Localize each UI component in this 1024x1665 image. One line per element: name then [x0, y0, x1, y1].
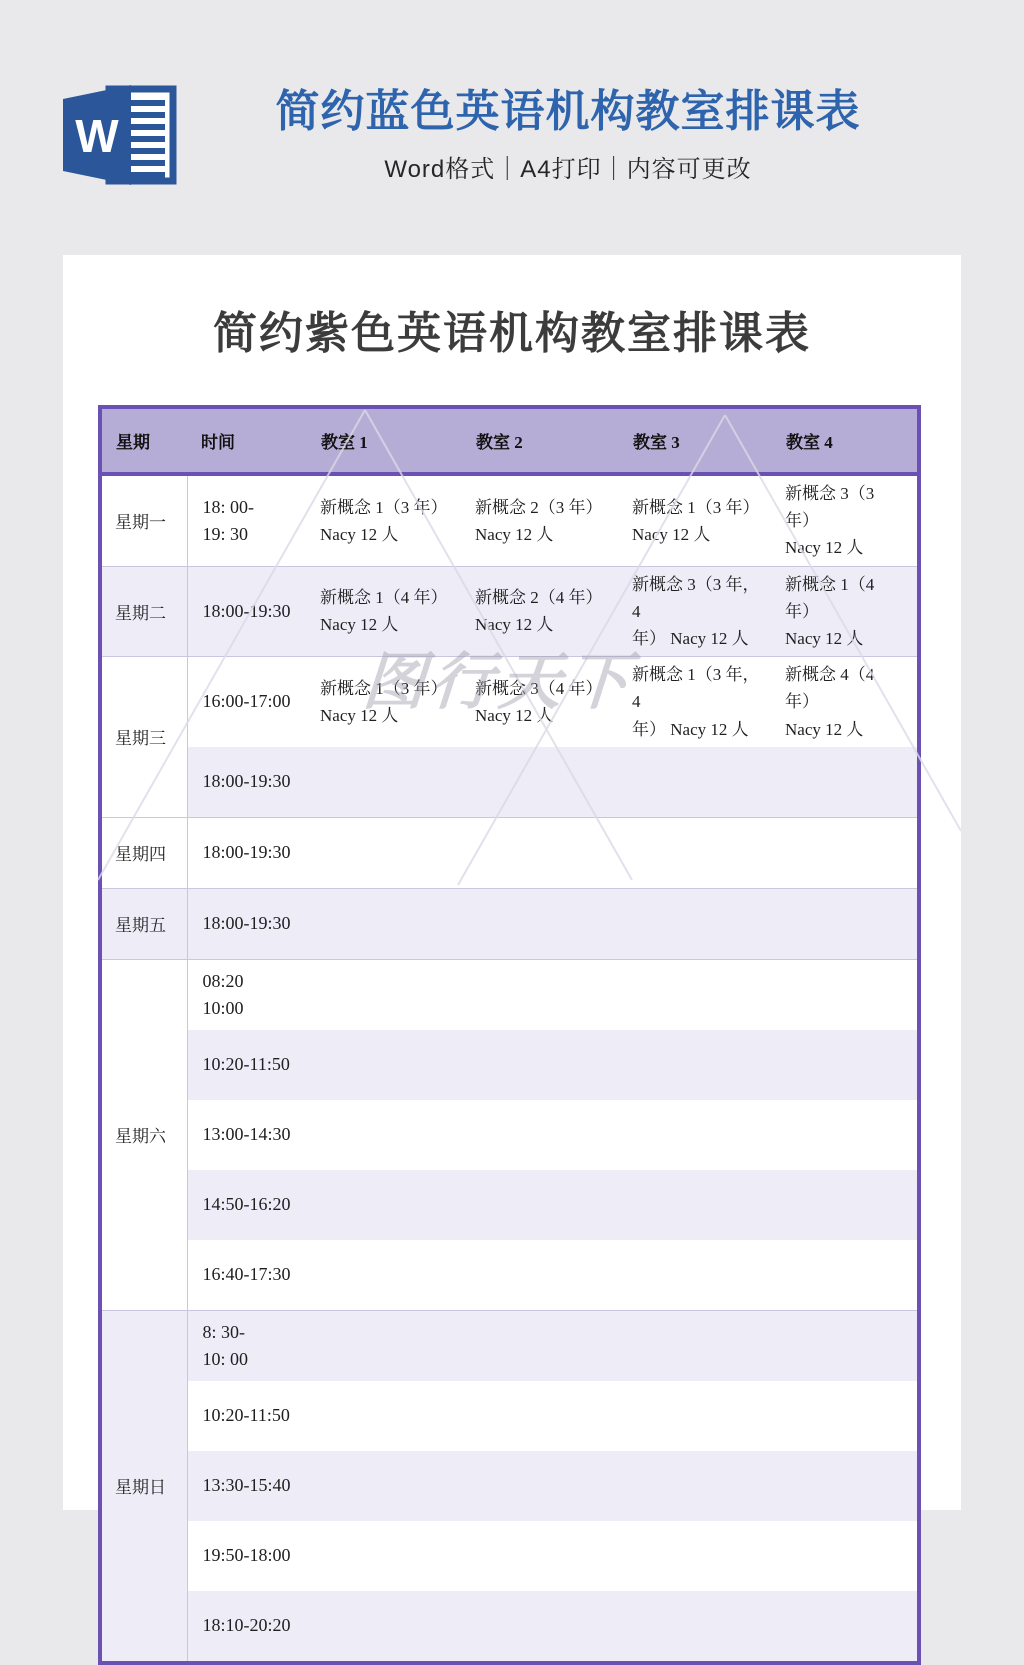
class-cell-empty [619, 747, 772, 818]
class-cell: 新概念 3（3 年） Nacy 12 人 [772, 474, 919, 566]
class-cell: 新概念 1（3 年） Nacy 12 人 [307, 657, 462, 747]
word-icon: W [63, 84, 178, 186]
class-cell-empty [307, 747, 462, 818]
promo-subtitle: Word格式｜A4打印｜内容可更改 [112, 149, 1024, 184]
class-cell: 新概念 4（4 年） Nacy 12 人 [772, 657, 919, 747]
table-row: 星期日 8: 30- 10: 00 [100, 1310, 919, 1381]
table-row: 10:20-11:50 [100, 1030, 919, 1100]
class-cell-empty [772, 888, 919, 959]
class-cell-empty [462, 959, 619, 1030]
class-cell-empty [462, 1170, 619, 1240]
schedule-table: 星期 时间 教室 1 教室 2 教室 3 教室 4 星期一 18: 00- 19… [98, 405, 921, 1665]
time-cell: 10:20-11:50 [187, 1030, 307, 1100]
class-cell-empty [772, 1381, 919, 1451]
class-cell-empty [307, 1240, 462, 1311]
table-row: 星期四 18:00-19:30 [100, 817, 919, 888]
time-cell: 18:00-19:30 [187, 888, 307, 959]
class-cell-empty [772, 1451, 919, 1521]
time-cell: 18:00-19:30 [187, 747, 307, 818]
day-cell: 星期日 [100, 1310, 187, 1663]
time-cell: 18: 00- 19: 30 [187, 474, 307, 566]
time-cell: 13:00-14:30 [187, 1100, 307, 1170]
class-cell-empty [619, 1240, 772, 1311]
class-cell: 新概念 1（4 年） Nacy 12 人 [772, 566, 919, 657]
table-row: 星期五 18:00-19:30 [100, 888, 919, 959]
time-cell: 18:00-19:30 [187, 566, 307, 657]
class-cell-empty [462, 1100, 619, 1170]
class-cell-empty [772, 1100, 919, 1170]
promo-title: 简约蓝色英语机构教室排课表 [112, 88, 1024, 136]
class-cell: 新概念 1（3 年） Nacy 12 人 [307, 474, 462, 566]
table-row: 13:30-15:40 [100, 1451, 919, 1521]
time-cell: 8: 30- 10: 00 [187, 1310, 307, 1381]
class-cell-empty [307, 1451, 462, 1521]
table-row: 13:00-14:30 [100, 1100, 919, 1170]
time-cell: 16:00-17:00 [187, 657, 307, 747]
class-cell: 新概念 1（3 年） Nacy 12 人 [619, 474, 772, 566]
class-cell-empty [619, 1381, 772, 1451]
class-cell-empty [462, 1310, 619, 1381]
class-cell-empty [772, 1030, 919, 1100]
class-cell-empty [462, 1521, 619, 1591]
class-cell-empty [772, 747, 919, 818]
time-cell: 14:50-16:20 [187, 1170, 307, 1240]
time-cell: 13:30-15:40 [187, 1451, 307, 1521]
class-cell-empty [619, 959, 772, 1030]
document-page: 简约紫色英语机构教室排课表 星期 时间 教室 1 教室 2 教室 3 教室 4 [63, 255, 961, 1510]
table-row: 星期三 16:00-17:00 新概念 1（3 年） Nacy 12 人 新概念… [100, 657, 919, 747]
class-cell-empty [462, 1381, 619, 1451]
table-row: 16:40-17:30 [100, 1240, 919, 1311]
class-cell: 新概念 2（3 年） Nacy 12 人 [462, 474, 619, 566]
table-row: 14:50-16:20 [100, 1170, 919, 1240]
class-cell: 新概念 2（4 年） Nacy 12 人 [462, 566, 619, 657]
schedule-table-container: 星期 时间 教室 1 教室 2 教室 3 教室 4 星期一 18: 00- 19… [98, 405, 917, 1665]
class-cell-empty [772, 1521, 919, 1591]
class-cell-empty [462, 888, 619, 959]
table-row: 10:20-11:50 [100, 1381, 919, 1451]
table-row: 19:50-18:00 [100, 1521, 919, 1591]
class-cell-empty [307, 959, 462, 1030]
class-cell-empty [619, 1591, 772, 1663]
col-header-room4: 教室 4 [772, 407, 919, 474]
class-cell-empty [772, 1591, 919, 1663]
class-cell-empty [307, 1521, 462, 1591]
table-row: 18:10-20:20 [100, 1591, 919, 1663]
day-cell: 星期二 [100, 566, 187, 657]
col-header-room3: 教室 3 [619, 407, 772, 474]
class-cell-empty [772, 1170, 919, 1240]
class-cell-empty [307, 888, 462, 959]
table-row: 星期一 18: 00- 19: 30 新概念 1（3 年） Nacy 12 人 … [100, 474, 919, 566]
day-cell: 星期四 [100, 817, 187, 888]
class-cell-empty [462, 1240, 619, 1311]
class-cell-empty [619, 1030, 772, 1100]
class-cell-empty [462, 1451, 619, 1521]
class-cell-empty [619, 817, 772, 888]
day-cell: 星期五 [100, 888, 187, 959]
day-cell: 星期三 [100, 657, 187, 818]
word-icon-letter: W [75, 110, 119, 162]
time-cell: 10:20-11:50 [187, 1381, 307, 1451]
class-cell-empty [307, 1310, 462, 1381]
class-cell: 新概念 1（3 年，4 年） Nacy 12 人 [619, 657, 772, 747]
time-cell: 08:20 10:00 [187, 959, 307, 1030]
class-cell-empty [619, 1310, 772, 1381]
table-row: 星期六 08:20 10:00 [100, 959, 919, 1030]
class-cell-empty [462, 747, 619, 818]
class-cell-empty [462, 817, 619, 888]
class-cell: 新概念 3（3 年，4 年） Nacy 12 人 [619, 566, 772, 657]
class-cell-empty [462, 1591, 619, 1663]
document-title: 简约紫色英语机构教室排课表 [63, 255, 961, 361]
time-cell: 18:10-20:20 [187, 1591, 307, 1663]
day-cell: 星期六 [100, 959, 187, 1310]
class-cell: 新概念 1（4 年） Nacy 12 人 [307, 566, 462, 657]
col-header-room2: 教室 2 [462, 407, 619, 474]
class-cell-empty [772, 1240, 919, 1311]
class-cell-empty [307, 1170, 462, 1240]
class-cell-empty [772, 959, 919, 1030]
class-cell-empty [307, 817, 462, 888]
promo-header: W 简约蓝色英语机构教室排课表 Word格式｜A4打印｜内容可更改 [0, 0, 1024, 255]
col-header-day: 星期 [100, 407, 187, 474]
col-header-time: 时间 [187, 407, 307, 474]
day-cell: 星期一 [100, 474, 187, 566]
class-cell: 新概念 3（4 年） Nacy 12 人 [462, 657, 619, 747]
class-cell-empty [772, 817, 919, 888]
class-cell-empty [619, 1521, 772, 1591]
col-header-room1: 教室 1 [307, 407, 462, 474]
class-cell-empty [619, 1170, 772, 1240]
class-cell-empty [307, 1591, 462, 1663]
class-cell-empty [772, 1310, 919, 1381]
class-cell-empty [619, 1451, 772, 1521]
table-row: 星期二 18:00-19:30 新概念 1（4 年） Nacy 12 人 新概念… [100, 566, 919, 657]
class-cell-empty [307, 1100, 462, 1170]
class-cell-empty [619, 1100, 772, 1170]
class-cell-empty [619, 888, 772, 959]
table-row: 18:00-19:30 [100, 747, 919, 818]
time-cell: 18:00-19:30 [187, 817, 307, 888]
time-cell: 16:40-17:30 [187, 1240, 307, 1311]
class-cell-empty [307, 1030, 462, 1100]
time-cell: 19:50-18:00 [187, 1521, 307, 1591]
class-cell-empty [307, 1381, 462, 1451]
table-header-row: 星期 时间 教室 1 教室 2 教室 3 教室 4 [100, 407, 919, 474]
class-cell-empty [462, 1030, 619, 1100]
